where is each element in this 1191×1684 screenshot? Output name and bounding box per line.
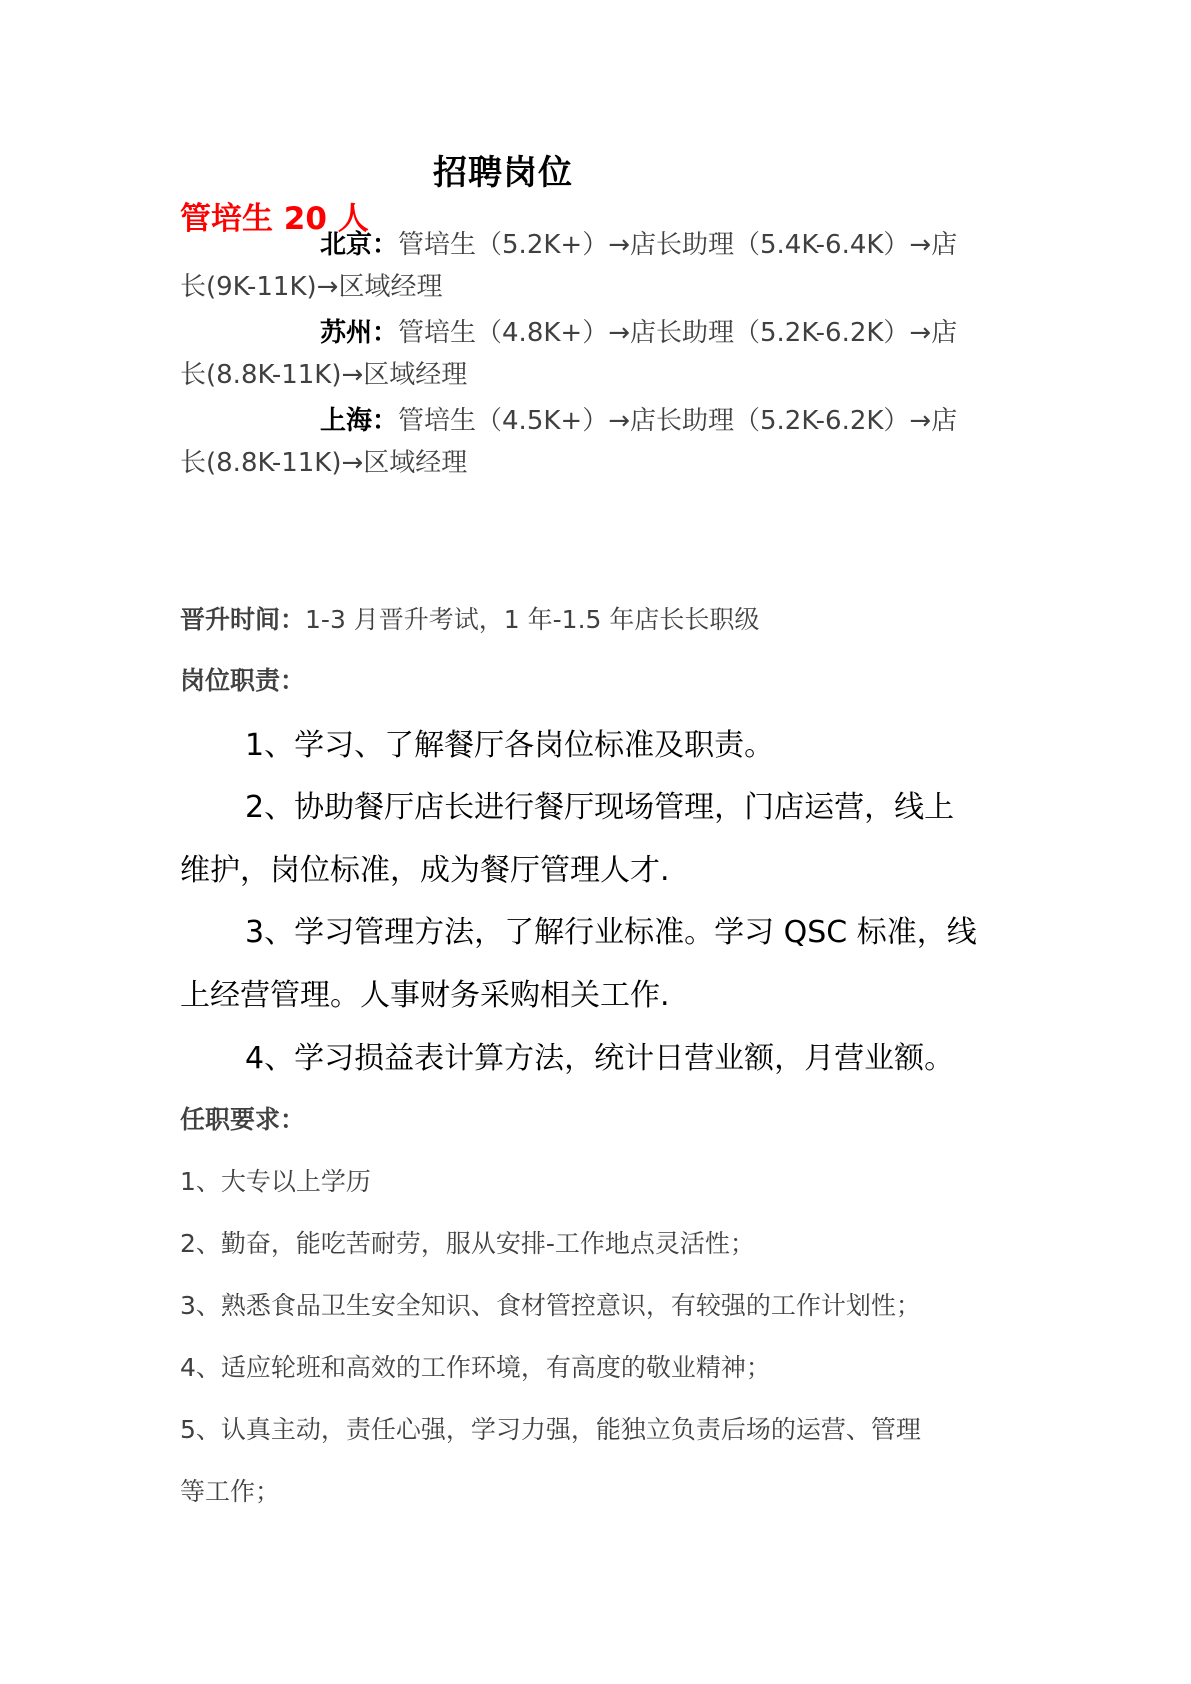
requirement-item-3: 3、熟悉食品卫生安全知识、食材管控意识，有较强的工作计划性； bbox=[180, 1286, 921, 1322]
city-label: 北京： bbox=[320, 230, 398, 260]
requirement-item-1: 1、大专以上学历 bbox=[180, 1162, 371, 1198]
requirement-item-2: 2、勤奋，能吃苦耐劳，服从安排-工作地点灵活性； bbox=[180, 1224, 755, 1260]
document-page: 招聘岗位 管培生 20 人 北京：管培生（5.2K+）→店长助理（5.4K-6.… bbox=[0, 0, 1191, 1684]
duty-item-3: 3、学习管理方法，了解行业标准。学习 QSC 标准，线 bbox=[245, 907, 977, 951]
promotion-label: 晋升时间： bbox=[180, 605, 305, 634]
duty-item-2-cont: 维护，岗位标准，成为餐厅管理人才. bbox=[180, 845, 670, 889]
career-path-text: 管培生（4.5K+）→店长助理（5.2K-6.2K）→店 bbox=[398, 406, 957, 436]
duty-item-4: 4、学习损益表计算方法，统计日营业额，月营业额。 bbox=[245, 1033, 954, 1077]
city-label: 上海： bbox=[320, 406, 398, 436]
requirement-item-5-cont: 等工作； bbox=[180, 1472, 280, 1508]
career-path-text-cont: 长(8.8K-11K)→区域经理 bbox=[180, 442, 467, 479]
duty-item-1: 1、学习、了解餐厅各岗位标准及职责。 bbox=[245, 720, 774, 764]
requirements-label: 任职要求： bbox=[180, 1100, 305, 1136]
career-path-text-cont: 长(8.8K-11K)→区域经理 bbox=[180, 354, 467, 391]
city-label: 苏州： bbox=[320, 318, 398, 348]
promotion-text: 1-3 月晋升考试，1 年-1.5 年店长长职级 bbox=[305, 605, 759, 634]
duty-item-3-cont: 上经营管理。人事财务采购相关工作. bbox=[180, 970, 670, 1014]
requirement-item-5: 5、认真主动，责任心强，学习力强，能独立负责后场的运营、管理 bbox=[180, 1410, 921, 1446]
career-path-text: 管培生（5.2K+）→店长助理（5.4K-6.4K）→店 bbox=[398, 230, 957, 260]
duty-item-2: 2、协助餐厅店长进行餐厅现场管理，门店运营，线上 bbox=[245, 782, 954, 826]
promotion-time: 晋升时间：1-3 月晋升考试，1 年-1.5 年店长长职级 bbox=[180, 600, 759, 636]
page-title: 招聘岗位 bbox=[433, 145, 573, 194]
duties-label: 岗位职责： bbox=[180, 661, 305, 697]
career-path-text-cont: 长(9K-11K)→区域经理 bbox=[180, 266, 442, 303]
requirement-item-4: 4、适应轮班和高效的工作环境，有高度的敬业精神； bbox=[180, 1348, 771, 1384]
career-path-text: 管培生（4.8K+）→店长助理（5.2K-6.2K）→店 bbox=[398, 318, 957, 348]
